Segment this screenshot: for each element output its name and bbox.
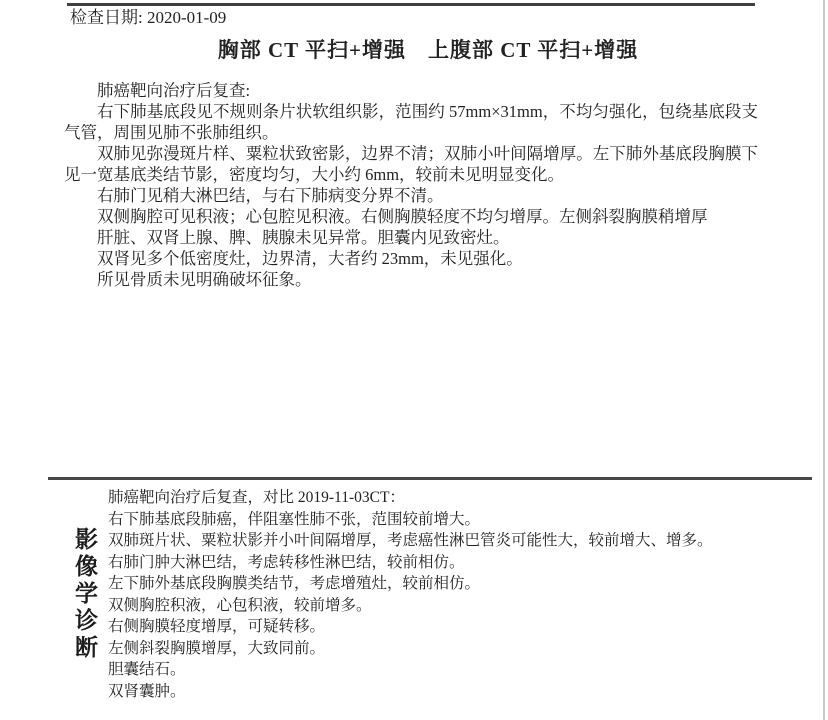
diagnosis-line: 右侧胸膜轻度增厚，可疑转移。 — [108, 616, 778, 638]
ct-report-page: 检查日期: 2020-01-09 胸部 CT 平扫+增强 上腹部 CT 平扫+增… — [0, 0, 828, 720]
diagnosis-line: 双肺斑片状、粟粒状影并小叶间隔增厚，考虑癌性淋巴管炎可能性大，较前增大、增多。 — [108, 530, 778, 552]
diagnosis-line: 左侧斜裂胸膜增厚，大致同前。 — [108, 638, 778, 660]
diagnosis-line: 双肾囊肿。 — [108, 681, 778, 703]
finding-line: 肺癌靶向治疗后复查: — [64, 80, 758, 101]
scan-page-edge — [823, 0, 825, 720]
exam-date-value: 2020-01-09 — [147, 8, 226, 27]
diagnosis-line: 右下肺基底段肺癌，伴阻塞性肺不张，范围较前增大。 — [108, 509, 778, 531]
diagnosis-line: 双侧胸腔积液，心包积液，较前增多。 — [108, 595, 778, 617]
diagnosis-line: 左下肺外基底段胸膜类结节，考虑增殖灶，较前相仿。 — [108, 573, 778, 595]
report-title: 胸部 CT 平扫+增强 上腹部 CT 平扫+增强 — [90, 34, 766, 64]
diagnosis-line: 胆囊结石。 — [108, 659, 778, 681]
finding-line: 双肾见多个低密度灶，边界清，大者约 23mm，未见强化。 — [64, 248, 758, 269]
finding-line: 右下肺基底段见不规则条片状软组织影，范围约 57mm×31mm，不均匀强化，包绕… — [64, 101, 758, 143]
section-divider-rule — [48, 477, 812, 480]
diagnosis-line: 右肺门肿大淋巴结，考虑转移性淋巴结，较前相仿。 — [108, 552, 778, 574]
diagnosis-section: 肺癌靶向治疗后复查，对比 2019-11-03CT： 右下肺基底段肺癌，伴阻塞性… — [108, 487, 778, 702]
top-divider-rule — [67, 3, 755, 6]
findings-section: 肺癌靶向治疗后复查: 右下肺基底段见不规则条片状软组织影，范围约 57mm×31… — [64, 80, 758, 290]
finding-line: 双侧胸腔可见积液；心包腔见积液。右侧胸膜轻度不均匀增厚。左侧斜裂胸膜稍增厚 — [64, 206, 758, 227]
exam-date-label: 检查日期: — [70, 8, 143, 27]
exam-date-line: 检查日期: 2020-01-09 — [70, 8, 226, 28]
finding-line: 右肺门见稍大淋巴结，与右下肺病变分界不清。 — [64, 185, 758, 206]
diagnosis-vertical-label: 影像学诊断 — [71, 527, 97, 662]
finding-line: 双肺见弥漫斑片样、粟粒状致密影，边界不清；双肺小叶间隔增厚。左下肺外基底段胸膜下… — [64, 143, 758, 185]
finding-line: 肝脏、双肾上腺、脾、胰腺未见异常。胆囊内见致密灶。 — [64, 227, 758, 248]
diagnosis-line: 肺癌靶向治疗后复查，对比 2019-11-03CT： — [108, 487, 778, 509]
finding-line: 所见骨质未见明确破坏征象。 — [64, 269, 758, 290]
